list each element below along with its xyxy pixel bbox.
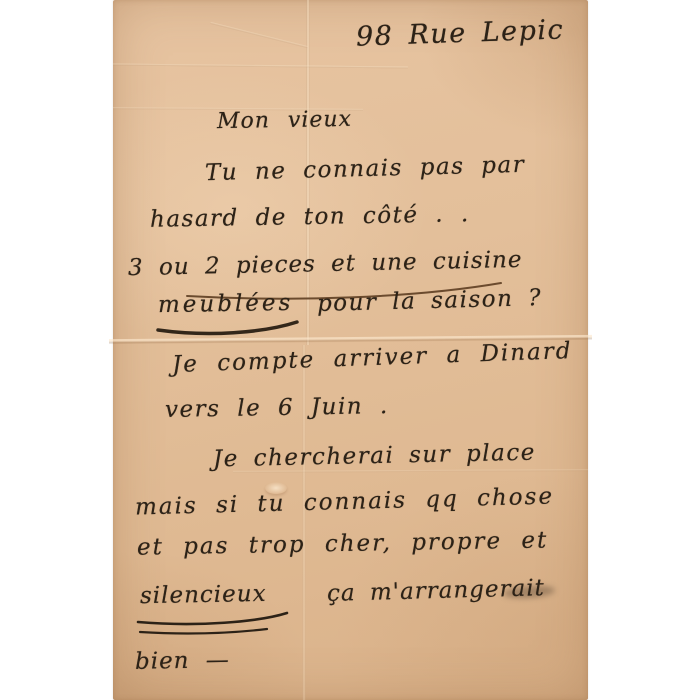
underline-silencieux-stroke-1 [138,613,287,624]
body-line-4b: pour la saison ? [317,287,543,316]
body-line-1: Tu ne connais pas par [205,154,526,185]
body-line-10-underlined-word: silencieux [140,583,267,608]
salutation: Mon vieux [217,109,352,133]
body-line-9: et pas trop cher, propre et [137,529,549,559]
minor-crease [113,63,408,68]
body-line-11-closing: bien — [135,649,230,674]
body-line-6: vers le 6 Juin . [165,395,389,422]
body-line-2: hasard de ton côté . . [150,203,470,232]
body-line-8: mais si tu connais qq chose [135,486,555,520]
letter-paper-sheet: 98 Rue Lepic Mon vieux Tu ne connais pas… [113,0,588,700]
minor-crease [210,22,308,48]
body-line-10b: ça m'arrangerait [327,577,545,606]
letter-scan: 98 Rue Lepic Mon vieux Tu ne connais pas… [0,0,700,700]
underline-silencieux-stroke-2 [140,629,267,633]
address-line: 98 Rue Lepic [356,16,565,50]
body-line-7: Je chercherai sur place [213,442,536,472]
body-line-3: 3 ou 2 pieces et une cuisine [128,249,523,280]
body-line-5: Je compte arriver a Dinard [172,340,573,377]
underline-meublees-stroke [158,322,297,333]
body-line-4-underlined-word: meublées [158,292,294,317]
